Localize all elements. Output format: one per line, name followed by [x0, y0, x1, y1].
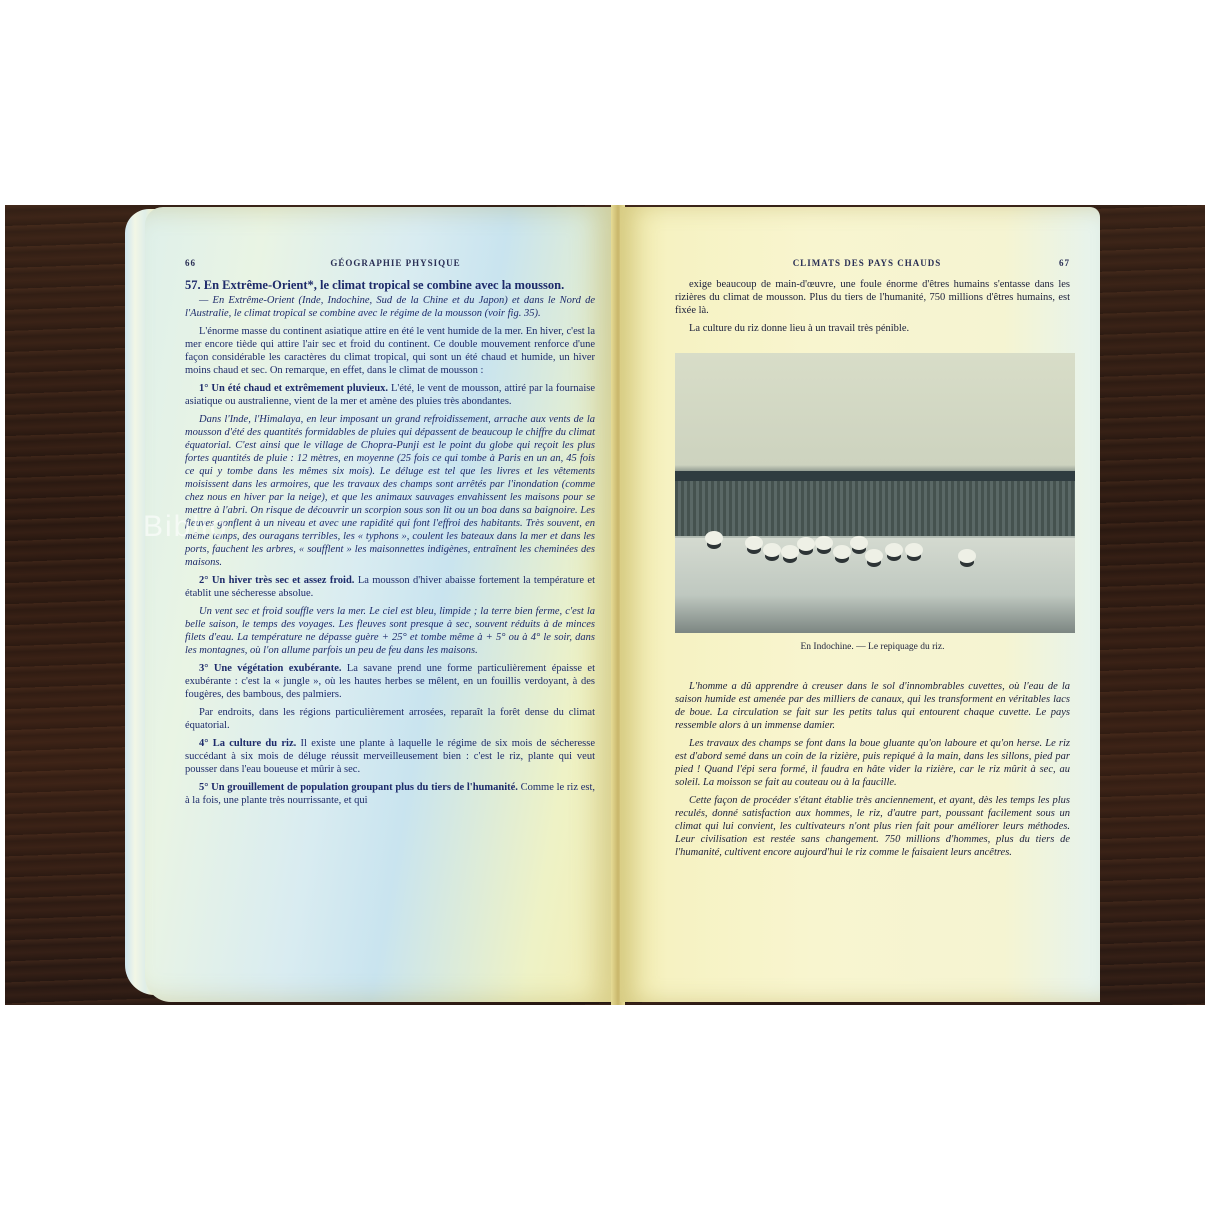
item-4: 4° La culture du riz. Il existe une plan…	[185, 737, 595, 776]
page-number: 67	[1059, 257, 1070, 270]
left-page-content: 66 GÉOGRAPHIE PHYSIQUE 57. En Extrême-Or…	[185, 257, 595, 812]
item-1: 1° Un été chaud et extrêmement pluvieux.…	[185, 382, 595, 408]
item-5: 5° Un grouillement de population groupan…	[185, 781, 595, 807]
watermark: Biblio	[143, 510, 228, 544]
right-page-content: CLIMATS DES PAYS CHAUDS 67 exige beaucou…	[675, 257, 1070, 864]
right-running-head: CLIMATS DES PAYS CHAUDS 67	[675, 257, 1070, 270]
item-1-detail: Dans l'Inde, l'Himalaya, en leur imposan…	[185, 413, 595, 569]
paragraph: L'énorme masse du continent asiatique at…	[185, 325, 595, 377]
running-head-title: GÉOGRAPHIE PHYSIQUE	[196, 257, 595, 270]
left-running-head: 66 GÉOGRAPHIE PHYSIQUE	[185, 257, 595, 270]
paragraph: L'homme a dû apprendre à creuser dans le…	[675, 680, 1070, 732]
section-intro: — En Extrême-Orient (Inde, Indochine, Su…	[185, 294, 595, 320]
paragraph: Les travaux des champs se font dans la b…	[675, 737, 1070, 789]
running-head-title: CLIMATS DES PAYS CHAUDS	[675, 257, 1059, 270]
paragraph: La culture du riz donne lieu à un travai…	[675, 322, 1070, 335]
section-title: 57. En Extrême-Orient*, le climat tropic…	[185, 278, 595, 292]
right-page: CLIMATS DES PAYS CHAUDS 67 exige beaucou…	[620, 207, 1100, 1002]
rice-planting-photo	[675, 353, 1075, 633]
figure-caption: En Indochine. — Le repiquage du riz.	[675, 641, 1070, 654]
paragraph: Cette façon de procéder s'étant établie …	[675, 794, 1070, 859]
item-3: 3° Une végétation exubérante. La savane …	[185, 662, 595, 701]
item-2: 2° Un hiver très sec et assez froid. La …	[185, 574, 595, 600]
book-photo: 66 GÉOGRAPHIE PHYSIQUE 57. En Extrême-Or…	[5, 205, 1205, 1005]
page-number: 66	[185, 257, 196, 270]
item-3-detail: Par endroits, dans les régions particuli…	[185, 706, 595, 732]
paragraph: exige beaucoup de main-d'œuvre, une foul…	[675, 278, 1070, 317]
item-2-detail: Un vent sec et froid souffle vers la mer…	[185, 605, 595, 657]
left-page: 66 GÉOGRAPHIE PHYSIQUE 57. En Extrême-Or…	[145, 207, 615, 1002]
